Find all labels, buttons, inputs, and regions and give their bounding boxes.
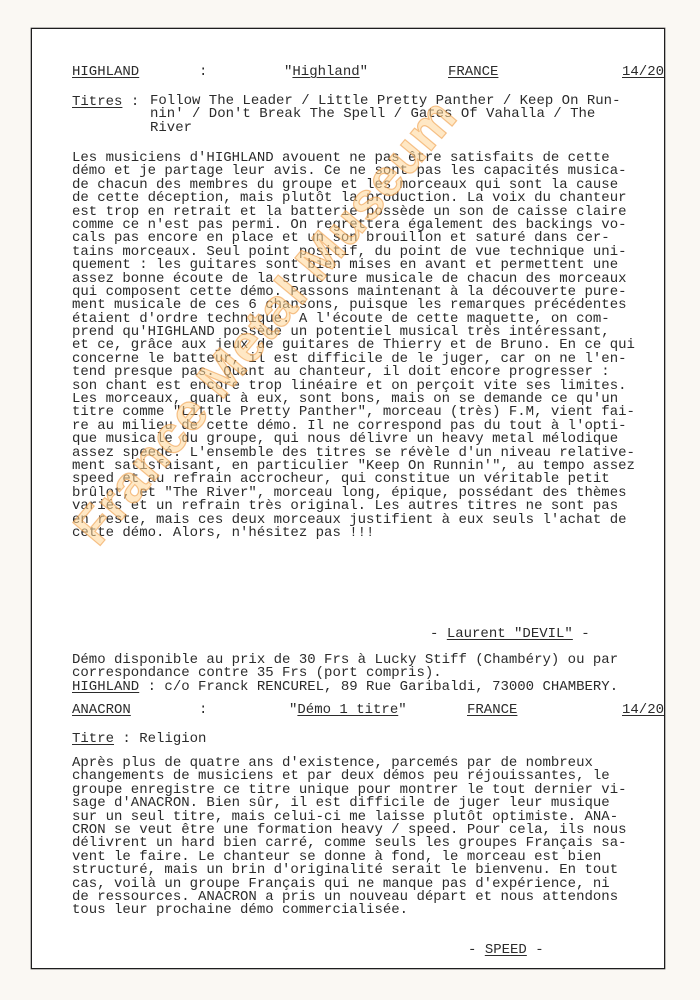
signature-anacron: - SPEED - [468,942,544,958]
header-separator: : [199,64,207,80]
rating-anacron: 14/20 [622,702,664,718]
tracks-label-highland: Titres : [72,94,139,110]
release-title-anacron: "Démo 1 titre" [289,702,407,718]
availability-info: Démo disponible au prix de 30 Frs à Luck… [72,654,618,694]
release-title-highland: "Highland" [284,64,368,80]
rating-highland: 14/20 [622,64,664,80]
tracks-label-anacron: Titre : Religion [72,731,206,747]
band-name-highland: HIGHLAND [72,64,139,80]
contact-address: HIGHLAND : c/o Franck RENCUREL, 89 Rue G… [72,681,618,694]
fanzine-page: HIGHLAND : "Highland" FRANCE 14/20 Titre… [31,28,665,969]
country-highland: FRANCE [448,64,498,80]
body-line: tous leur prochaine démo commercialisée. [72,904,627,917]
review-body-highland: Les musiciens d'HIGHLAND avouent ne pas … [72,152,635,540]
header-separator: : [199,702,207,718]
tracklist-line: River [150,122,620,135]
signature-highland: - Laurent "DEVIL" - [430,626,590,642]
country-anacron: FRANCE [467,702,517,718]
band-name-anacron: ANACRON [72,702,131,718]
tracklist-line: nin' / Don't Break The Spell / Gates Of … [150,108,620,121]
tracklist-highland: Follow The Leader / Little Pretty Panthe… [150,95,620,135]
review-body-anacron: Après plus de quatre ans d'existence, pa… [72,757,627,918]
body-line: cette démo. Alors, n'hésitez pas !!! [72,527,635,540]
